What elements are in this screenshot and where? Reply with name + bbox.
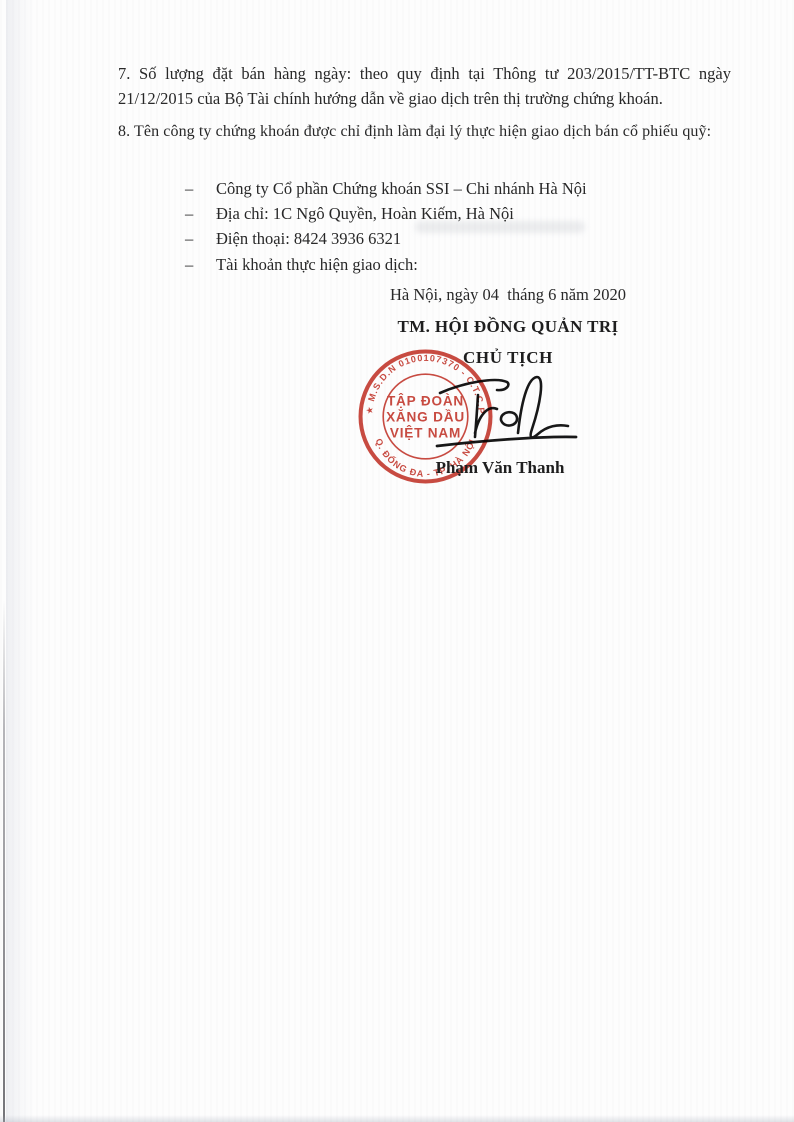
list-item-text: Điện thoại: 8424 3936 6321	[216, 226, 401, 251]
signature-stroke	[475, 395, 497, 437]
paragraph-item-7: 7. Số lượng đặt bán hàng ngày: theo quy …	[118, 61, 731, 111]
place-and-date: Hà Nội, ngày 04 tháng 6 năm 2020	[358, 285, 658, 305]
signature-stroke	[501, 412, 517, 425]
item7-line2: 21/12/2015 của Bộ Tài chính hướng dẫn về…	[118, 86, 731, 111]
scan-edge-line	[3, 600, 5, 1122]
list-item: – Công ty Cổ phần Chứng khoán SSI – Chi …	[185, 176, 587, 201]
signature-stroke	[518, 377, 568, 437]
scanned-document-page: 7. Số lượng đặt bán hàng ngày: theo quy …	[0, 0, 794, 1122]
bullet-dash: –	[185, 201, 216, 226]
bullet-dash: –	[185, 252, 216, 277]
paragraph-item-8: 8. Tên công ty chứng khoán được chỉ định…	[118, 123, 711, 141]
list-item-text: Công ty Cổ phần Chứng khoán SSI – Chi nh…	[216, 176, 587, 201]
bullet-dash: –	[185, 226, 216, 251]
broker-details-list: – Công ty Cổ phần Chứng khoán SSI – Chi …	[185, 176, 587, 277]
signer-name: Phạm Văn Thanh	[350, 458, 650, 478]
list-item-text: Địa chỉ: 1C Ngô Quyền, Hoàn Kiếm, Hà Nội	[216, 201, 514, 226]
on-behalf-of-line: TM. HỘI ĐỒNG QUẢN TRỊ	[358, 317, 658, 337]
bullet-dash: –	[185, 176, 216, 201]
signature-underline	[437, 437, 576, 446]
scan-edge-band	[6, 0, 34, 1122]
list-item: – Địa chỉ: 1C Ngô Quyền, Hoàn Kiếm, Hà N…	[185, 201, 587, 226]
scan-bottom-shade	[0, 1115, 794, 1122]
item7-line1: 7. Số lượng đặt bán hàng ngày: theo quy …	[118, 61, 731, 86]
list-item: – Điện thoại: 8424 3936 6321	[185, 226, 587, 251]
list-item-text: Tài khoản thực hiện giao dịch:	[216, 252, 418, 277]
signature-stroke	[440, 380, 508, 393]
list-item: – Tài khoản thực hiện giao dịch:	[185, 252, 587, 277]
